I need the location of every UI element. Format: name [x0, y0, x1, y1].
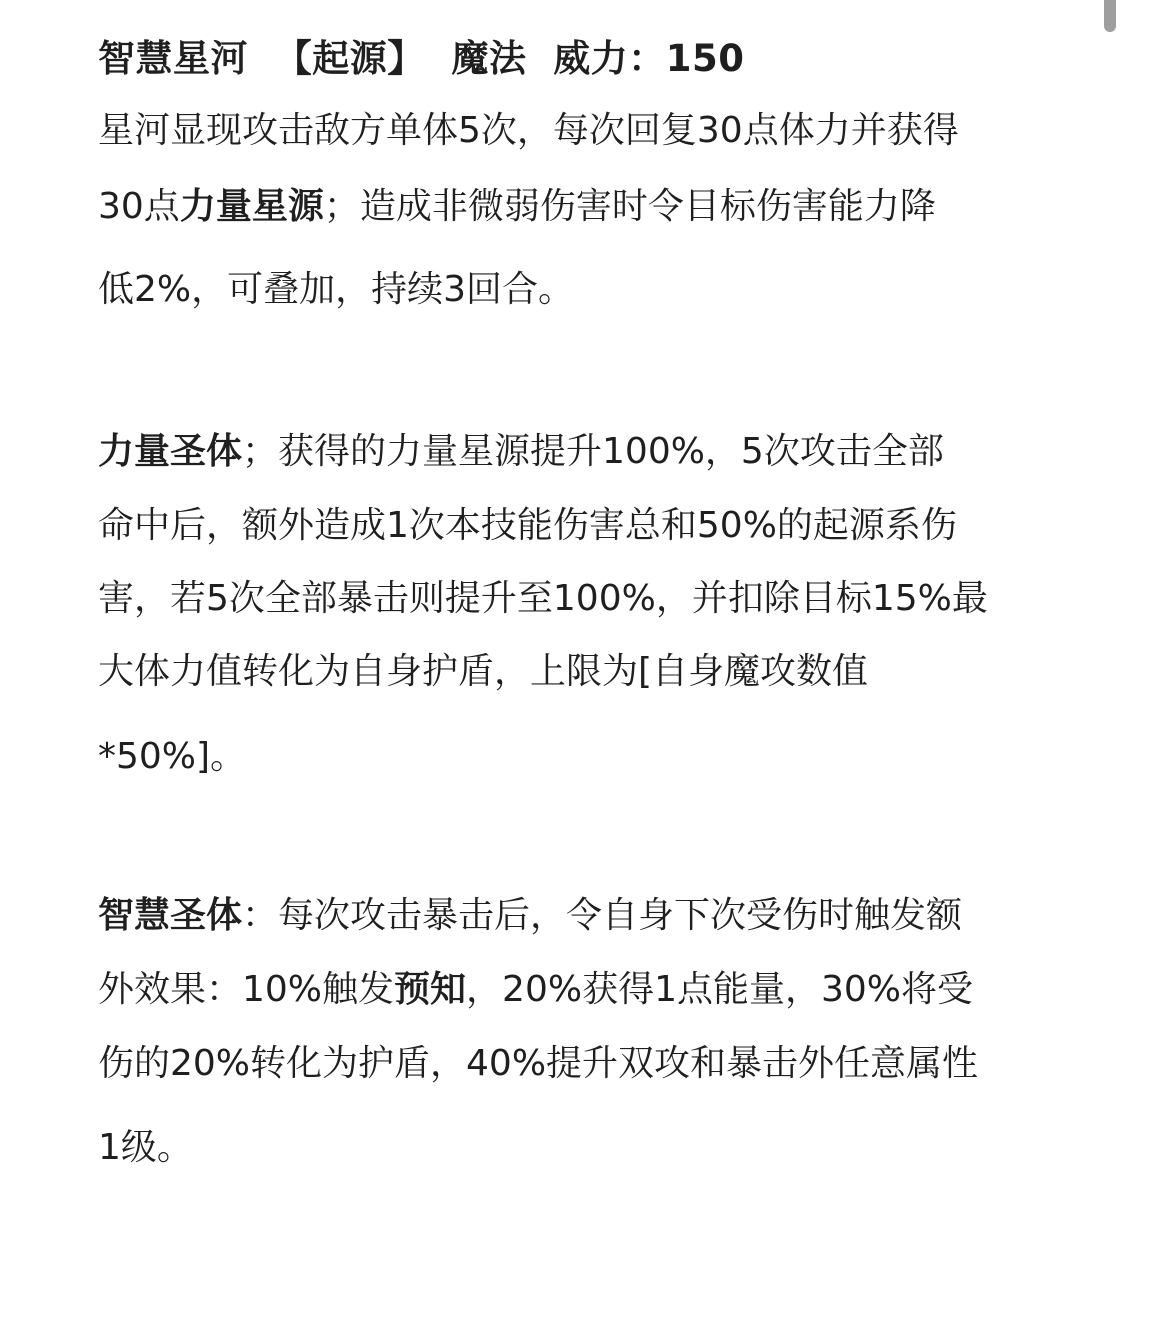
text: 低2%，可叠加，持续3回合。 — [98, 269, 574, 310]
description-line-1: 星河显现攻击敌方单体5次，每次回复30点体力并获得 — [98, 107, 959, 155]
text: ，20%获得1点能量，30%将受 — [466, 969, 973, 1010]
text: 星河显现攻击敌方单体5次，每次回复30点体力并获得 — [98, 110, 959, 151]
skill-type: 魔法 — [452, 37, 527, 80]
strength-form-line-4: 大体力值转化为自身护盾，上限为[自身魔攻数值 — [98, 648, 868, 696]
text: 30点 — [98, 186, 180, 227]
text: 外效果：10%触发 — [98, 969, 394, 1010]
text: ；获得的力量星源提升100%，5次攻击全部 — [242, 431, 944, 472]
skill-name: 智慧星河 — [98, 37, 248, 80]
keyword-foresight: 预知 — [394, 969, 466, 1010]
strength-form-name: 力量圣体 — [98, 431, 242, 472]
text: ；造成非微弱伤害时令目标伤害能力降 — [324, 186, 936, 227]
power-label: 威力： — [553, 37, 666, 80]
text: 命中后，额外造成1次本技能伤害总和50%的起源系伤 — [98, 505, 957, 546]
description-line-2: 30点力量星源；造成非微弱伤害时令目标伤害能力降 — [98, 183, 936, 231]
keyword-strength-source: 力量星源 — [180, 186, 324, 227]
wisdom-form-line-4: 1级。 — [98, 1124, 193, 1172]
strength-form-line-1: 力量圣体；获得的力量星源提升100%，5次攻击全部 — [98, 428, 944, 476]
text: 害，若5次全部暴击则提升至100%，并扣除目标15%最 — [98, 578, 988, 619]
text: 伤的20%转化为护盾，40%提升双攻和暴击外任意属性 — [98, 1043, 978, 1084]
skill-element: 【起源】 — [275, 37, 425, 80]
power-value: 150 — [666, 37, 745, 80]
description-line-3: 低2%，可叠加，持续3回合。 — [98, 266, 574, 314]
strength-form-line-2: 命中后，额外造成1次本技能伤害总和50%的起源系伤 — [98, 502, 957, 550]
wisdom-form-line-1: 智慧圣体：每次攻击暴击后，令自身下次受伤时触发额 — [98, 892, 962, 940]
wisdom-form-line-3: 伤的20%转化为护盾，40%提升双攻和暴击外任意属性 — [98, 1040, 978, 1088]
vertical-scrollbar[interactable] — [1104, 0, 1116, 32]
wisdom-form-line-2: 外效果：10%触发预知，20%获得1点能量，30%将受 — [98, 966, 973, 1014]
wisdom-form-name: 智慧圣体 — [98, 895, 242, 936]
text: *50%]。 — [98, 736, 246, 777]
text: 1级。 — [98, 1127, 193, 1168]
strength-form-line-5: *50%]。 — [98, 733, 246, 781]
text: 大体力值转化为自身护盾，上限为[自身魔攻数值 — [98, 651, 868, 692]
skill-title: 智慧星河 【起源】 魔法 威力：150 — [98, 28, 745, 82]
strength-form-line-3: 害，若5次全部暴击则提升至100%，并扣除目标15%最 — [98, 575, 988, 623]
text: ：每次攻击暴击后，令自身下次受伤时触发额 — [242, 895, 962, 936]
